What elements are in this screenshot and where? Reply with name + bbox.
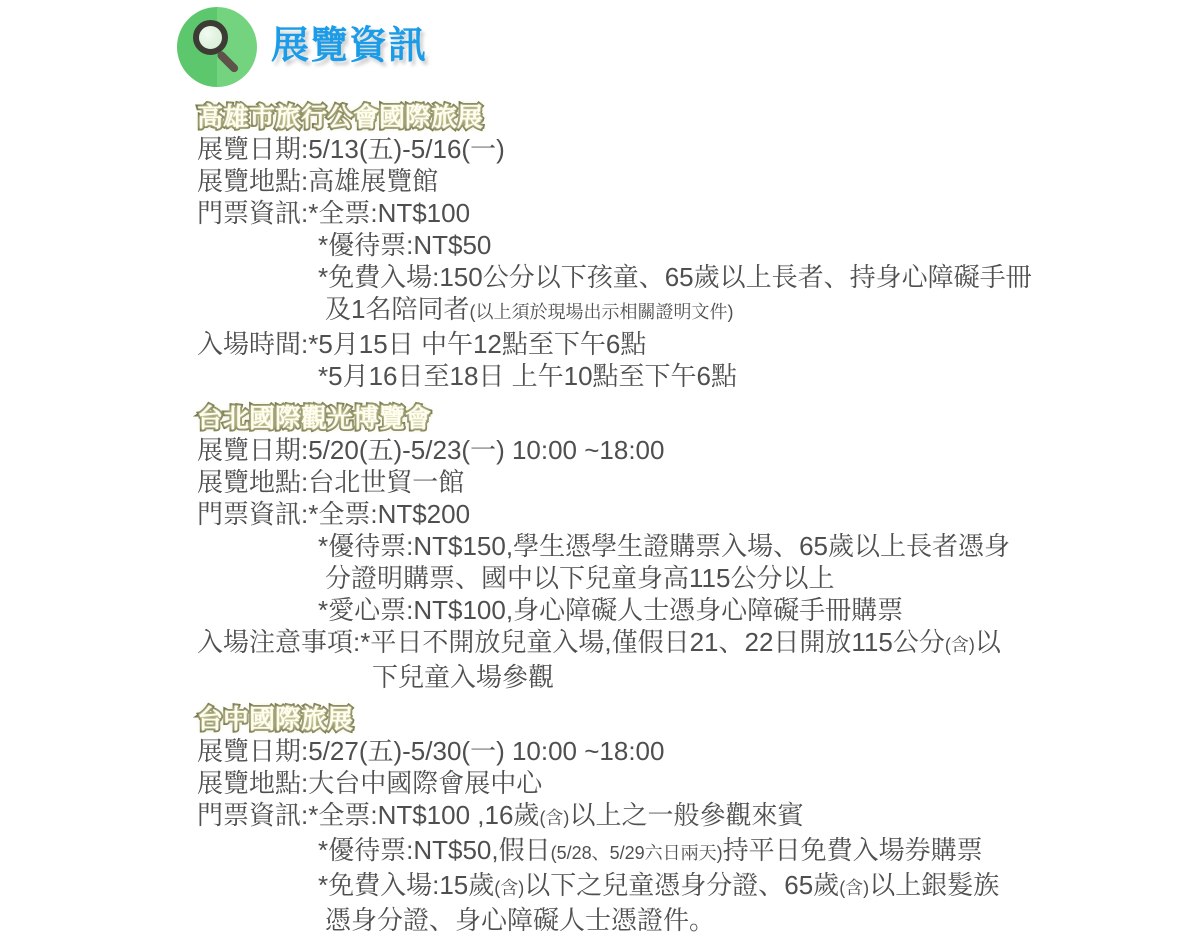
exhibition-info-page: 展覽資訊 高雄市旅行公會國際旅展展覽日期:5/13(五)-5/16(一)展覽地點… [0,0,1200,935]
info-line: 門票資訊:*全票:NT$100 ,16歲(含)以上之一般參觀來賓 [197,799,1157,834]
text-segment: *優待票:NT$150,學生憑學生證購票入場、65歲以上長者憑身 [318,531,1010,561]
info-line: *免費入場:150公分以下孩童、65歲以上長者、持身心障礙手冊 [318,261,1157,293]
text-segment: *愛心票:NT$100,身心障礙人士憑身心障礙手冊購票 [318,595,903,625]
text-segment: 分證明購票、國中以下兒童身高115公分以上 [325,563,834,593]
exhibition-section: 台北國際觀光博覽會展覽日期:5/20(五)-5/23(一) 10:00 ~18:… [197,402,1157,693]
fine-print-segment: (5/28、5/29六日兩天) [551,843,723,863]
page-title: 展覽資訊 [271,24,427,68]
text-segment: *5月16日至18日 上午10點至下午6點 [318,361,737,391]
info-line: *優待票:NT$50,假日(5/28、5/29六日兩天)持平日免費入場券購票 [318,834,1157,869]
fine-print-segment: (含) [539,808,569,828]
info-line: 分證明購票、國中以下兒童身高115公分以上 [325,562,1157,594]
info-line: 入場注意事項:*平日不開放兒童入場,僅假日21、22日開放115公分(含)以 [197,626,1157,661]
text-segment: 展覽地點:高雄展覽館 [197,166,438,196]
text-segment: 門票資訊:*全票:NT$200 [197,499,470,529]
info-line: 門票資訊:*全票:NT$100 [197,197,1157,229]
text-segment: *免費入場:15歲 [318,870,494,900]
magnifier-handle-icon [216,50,240,74]
exhibition-name: 台北國際觀光博覽會 [197,402,431,434]
info-line: *愛心票:NT$100,身心障礙人士憑身心障礙手冊購票 [318,594,1157,626]
info-line: 憑身分證、身心障礙人士憑證件。 [325,904,1157,935]
info-line: *免費入場:15歲(含)以下之兒童憑身分證、65歲(含)以上銀髮族 [318,869,1157,904]
text-segment: *優待票:NT$50,假日 [318,835,551,865]
exhibition-name: 高雄市旅行公會國際旅展 [197,101,483,133]
exhibition-name: 台中國際旅展 [197,703,353,735]
info-line: 展覽日期:5/13(五)-5/16(一) [197,133,1157,165]
text-segment: 門票資訊:*全票:NT$100 ,16歲 [197,800,539,830]
text-segment: 展覽日期:5/20(五)-5/23(一) 10:00 ~18:00 [197,435,664,465]
info-line: 下兒童入場參觀 [372,661,1157,693]
fine-print-segment: (含) [494,878,524,898]
info-line: 展覽地點:台北世貿一館 [197,466,1157,498]
text-segment: 以上銀髮族 [869,870,999,900]
info-line: 展覽日期:5/20(五)-5/23(一) 10:00 ~18:00 [197,434,1157,466]
exhibition-section: 高雄市旅行公會國際旅展展覽日期:5/13(五)-5/16(一)展覽地點:高雄展覽… [197,101,1157,392]
text-segment: *免費入場:150公分以下孩童、65歲以上長者、持身心障礙手冊 [318,262,1032,292]
info-line: 展覽地點:高雄展覽館 [197,165,1157,197]
text-segment: 憑身分證、身心障礙人士憑證件。 [325,905,715,935]
fine-print-segment: (含) [945,635,975,655]
text-segment: 門票資訊:*全票:NT$100 [197,198,470,228]
text-segment: 展覽地點:大台中國際會展中心 [197,768,542,798]
search-icon [177,7,257,87]
text-segment: *優待票:NT$50 [318,230,491,260]
info-line: *優待票:NT$50 [318,229,1157,261]
text-segment: 以 [975,627,1001,657]
info-line: 展覽地點:大台中國際會展中心 [197,767,1157,799]
text-segment: 入場時間:*5月15日 中午12點至下午6點 [197,329,646,359]
info-line: *優待票:NT$150,學生憑學生證購票入場、65歲以上長者憑身 [318,530,1157,562]
exhibition-section: 台中國際旅展展覽日期:5/27(五)-5/30(一) 10:00 ~18:00展… [197,703,1157,935]
fine-print-segment: (含) [839,878,869,898]
text-segment: 以下之兒童憑身分證、65歲 [524,870,839,900]
text-segment: 入場注意事項:*平日不開放兒童入場,僅假日21、22日開放115公分 [197,627,945,657]
text-segment: 展覽日期:5/13(五)-5/16(一) [197,134,505,164]
info-line: 門票資訊:*全票:NT$200 [197,498,1157,530]
text-segment: 展覽地點:台北世貿一館 [197,467,464,497]
text-segment: 持平日免費入場券購票 [723,835,983,865]
text-segment: 展覽日期:5/27(五)-5/30(一) 10:00 ~18:00 [197,736,664,766]
text-segment: 及1名陪同者 [325,294,469,324]
info-line: 展覽日期:5/27(五)-5/30(一) 10:00 ~18:00 [197,735,1157,767]
text-segment: 下兒童入場參觀 [372,662,554,692]
text-segment: 以上之一般參觀來賓 [569,800,803,830]
magnifier-lens-icon [193,20,228,55]
info-line: *5月16日至18日 上午10點至下午6點 [318,360,1157,392]
fine-print-segment: (以上須於現場出示相關證明文件) [469,302,733,322]
info-line: 及1名陪同者(以上須於現場出示相關證明文件) [325,293,1157,328]
exhibitions-list: 高雄市旅行公會國際旅展展覽日期:5/13(五)-5/16(一)展覽地點:高雄展覽… [197,91,1157,935]
info-line: 入場時間:*5月15日 中午12點至下午6點 [197,328,1157,360]
